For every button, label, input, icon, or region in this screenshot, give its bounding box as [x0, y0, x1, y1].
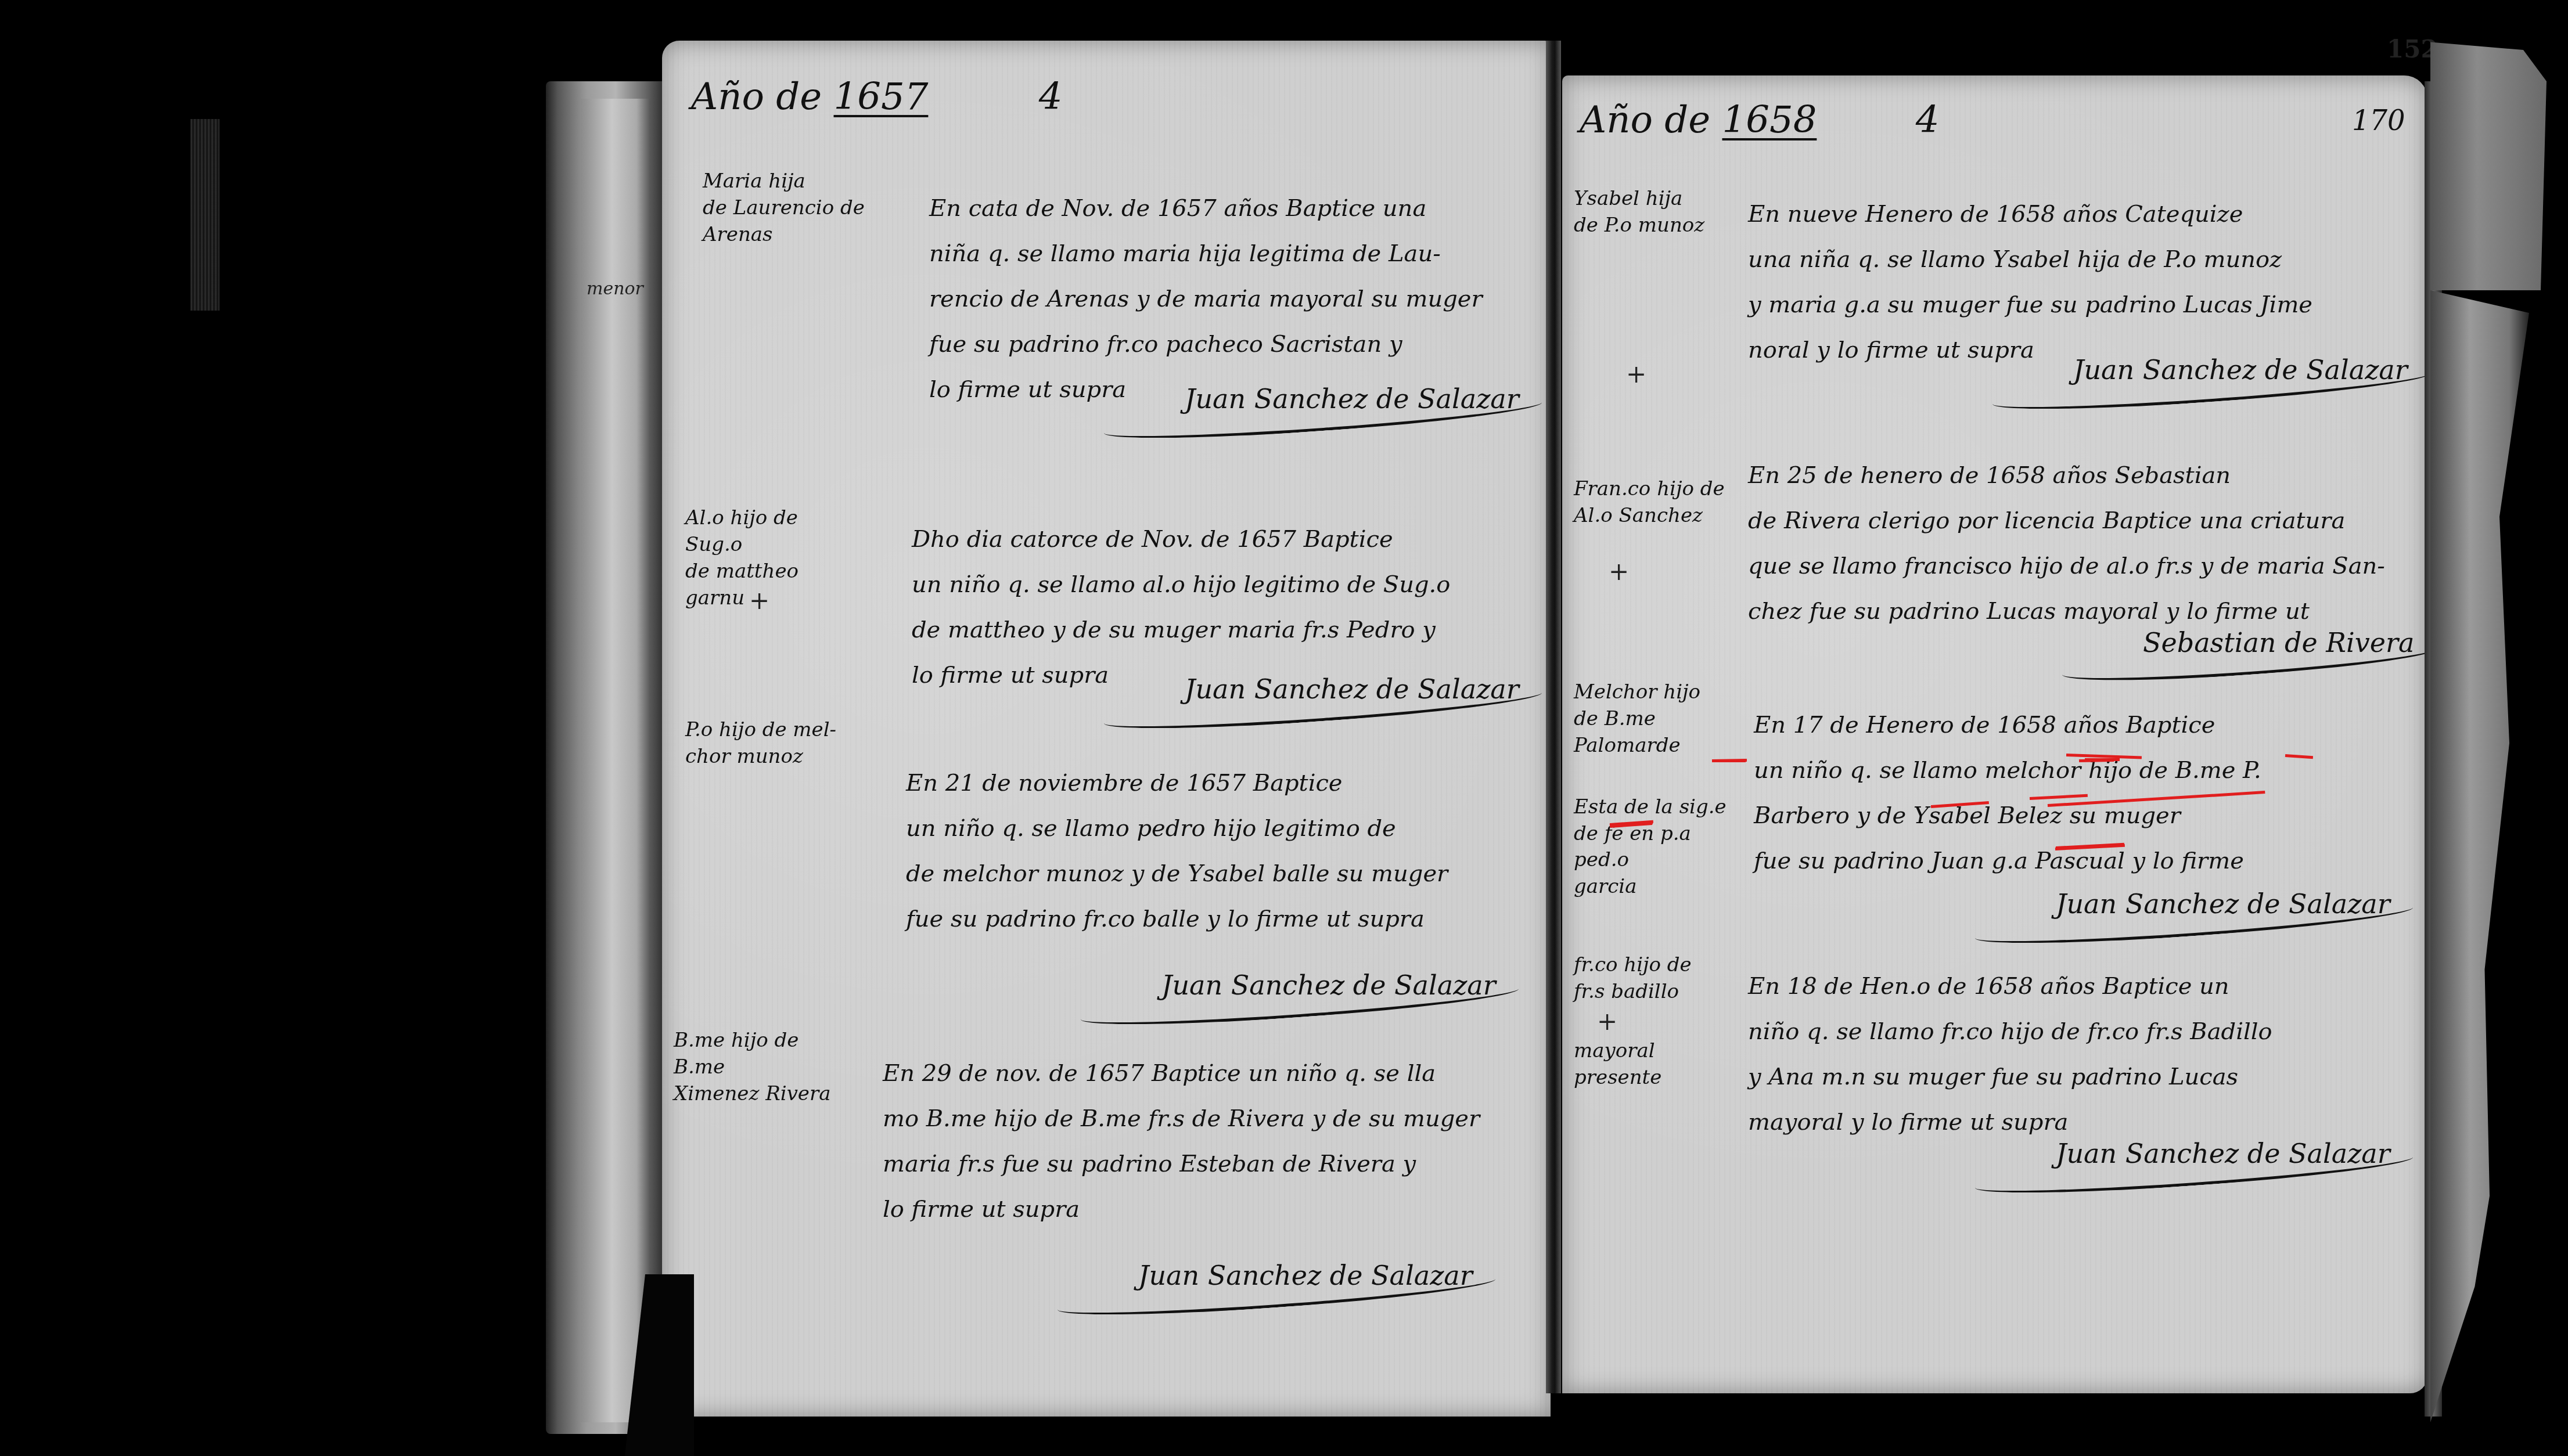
cross-mark: + — [749, 586, 769, 615]
right-entry-2-margin: Fran.co hijo de Al.o Sanchez — [1574, 476, 1748, 529]
left-entry-3-signature: Juan Sanchez de Salazar — [1161, 970, 1496, 1001]
right-entry-2-signature: Sebastian de Rivera — [2143, 627, 2414, 658]
right-frayed-pages — [2430, 29, 2547, 290]
left-entry-2-signature: Juan Sanchez de Salazar — [1185, 673, 1519, 705]
right-entry-4-signature: Juan Sanchez de Salazar — [2056, 1138, 2390, 1169]
red-underline-melchor — [1712, 759, 1746, 762]
cross-mark: + — [1609, 557, 1629, 586]
right-frayed-pages — [2430, 290, 2529, 1422]
folio-number: 170 — [2352, 104, 2405, 137]
left-page-mark: 4 — [1039, 75, 1063, 118]
right-entry-3-signature: Juan Sanchez de Salazar — [2056, 888, 2390, 920]
right-entry-4-margin: fr.co hijo de fr.s badillo + mayoral pre… — [1574, 952, 1748, 1091]
right-entry-2: En 25 de henero de 1658 años Sebastian d… — [1748, 453, 2385, 634]
right-page-mark: 4 — [1916, 99, 1940, 142]
left-entry-4-margin: B.me hijo de B.me Ximenez Rivera — [674, 1028, 848, 1108]
right-entry-1-signature: Juan Sanchez de Salazar — [2073, 354, 2408, 385]
right-entry-4: En 18 de Hen.o de 1658 años Baptice un n… — [1748, 964, 2272, 1145]
left-entry-1: En cata de Nov. de 1657 años Baptice una… — [929, 186, 1483, 412]
right-entry-1-margin: Ysabel hija de P.o munoz — [1574, 186, 1748, 239]
left-entry-2: Dho dia catorce de Nov. de 1657 Baptice … — [912, 517, 1450, 698]
left-entry-3-margin: P.o hijo de mel- chor munoz — [685, 717, 859, 770]
left-page-heading: Año de 1657 4 — [691, 75, 1062, 118]
right-page: 152 170 Año de 1658 4 Ysabel hija de P.o… — [1562, 75, 2427, 1393]
right-page-year: 1658 — [1722, 99, 1817, 142]
left-entry-3: En 21 de noviembre de 1657 Baptice un ni… — [906, 761, 1448, 942]
left-entry-4-signature: Juan Sanchez de Salazar — [1138, 1260, 1473, 1291]
page-stamp: 152 — [2387, 35, 2438, 63]
background-texture — [190, 119, 220, 311]
previous-page-note: menor — [587, 279, 643, 299]
left-entry-4: En 29 de nov. de 1657 Baptice un niño q.… — [883, 1051, 1480, 1232]
right-entry-3: En 17 de Henero de 1658 años Baptice un … — [1754, 702, 2261, 884]
cross-mark: + — [1626, 360, 1646, 388]
left-entry-1-signature: Juan Sanchez de Salazar — [1185, 383, 1519, 415]
left-entry-2-margin: Al.o hijo de Sug.o de mattheo garnu — [685, 505, 859, 612]
left-page: Año de 1657 4 Maria hija de Laurencio de… — [662, 41, 1551, 1417]
cross-mark: + — [1597, 1005, 1771, 1039]
red-underline-melchor — [2079, 759, 2114, 762]
left-entry-1-margin: Maria hija de Laurencio de Arenas — [703, 168, 877, 248]
right-entry-3-margin: Melchor hijo de B.me Palomarde Esta de l… — [1574, 679, 1748, 900]
right-entry-1: En nueve Henero de 1658 años Catequize u… — [1748, 192, 2312, 373]
right-page-heading: Año de 1658 4 — [1580, 99, 1939, 142]
left-page-year: 1657 — [834, 75, 929, 118]
book-gutter — [1546, 41, 1561, 1393]
